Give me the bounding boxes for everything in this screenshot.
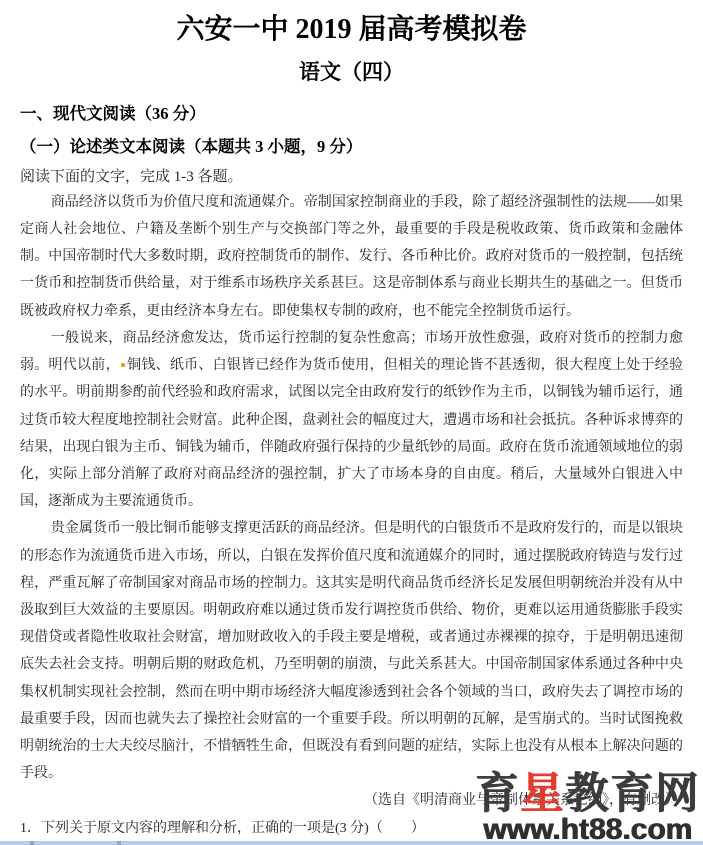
strip-notch <box>117 841 121 845</box>
watermark-name-part: 教育网 <box>565 771 700 818</box>
section-heading-essay-reading: （一）论述类文本阅读（本题共 3 小题，9 分） <box>20 137 683 157</box>
watermark: 育星教育网 www.ht88.com <box>475 775 700 844</box>
page-subtitle: 语文（四） <box>20 61 683 84</box>
passage-paragraph-2-text-b: 铜钱、纸币、白银皆已经作为货币使用，但相关的理论皆不甚透彻，很大程度上处于经验的… <box>20 358 683 509</box>
watermark-star-char: 星 <box>520 771 565 818</box>
passage-paragraph-1: 商品经济以货币为价值尺度和流通媒介。帝制国家控制商业的手段，除了超经济强制性的法… <box>20 189 683 325</box>
section-heading-modern-reading: 一、现代文阅读（36 分） <box>20 104 683 124</box>
watermark-site-name: 育星教育网 <box>475 775 700 815</box>
strip-notch <box>30 841 34 845</box>
passage-paragraph-3: 贵金属货币一般比铜币能够支撑更活跃的商品经济。但是明代的白银货币不是政府发行的，… <box>20 515 683 787</box>
page-title: 六安一中 2019 届高考模拟卷 <box>20 14 683 46</box>
passage-instruction: 阅读下面的文字，完成 1-3 各题。 <box>20 167 683 187</box>
watermark-name-part: 育 <box>475 771 520 818</box>
document-page: 六安一中 2019 届高考模拟卷 语文（四） 一、现代文阅读（36 分） （一）… <box>0 0 703 842</box>
watermark-site-url: www.ht88.com <box>475 815 700 844</box>
proofing-dot-icon <box>121 363 125 367</box>
passage-paragraph-2: 一般说来，商品经济愈发达，货币运行控制的复杂性愈高；市场开放性愈强，政府对货币的… <box>20 325 683 515</box>
